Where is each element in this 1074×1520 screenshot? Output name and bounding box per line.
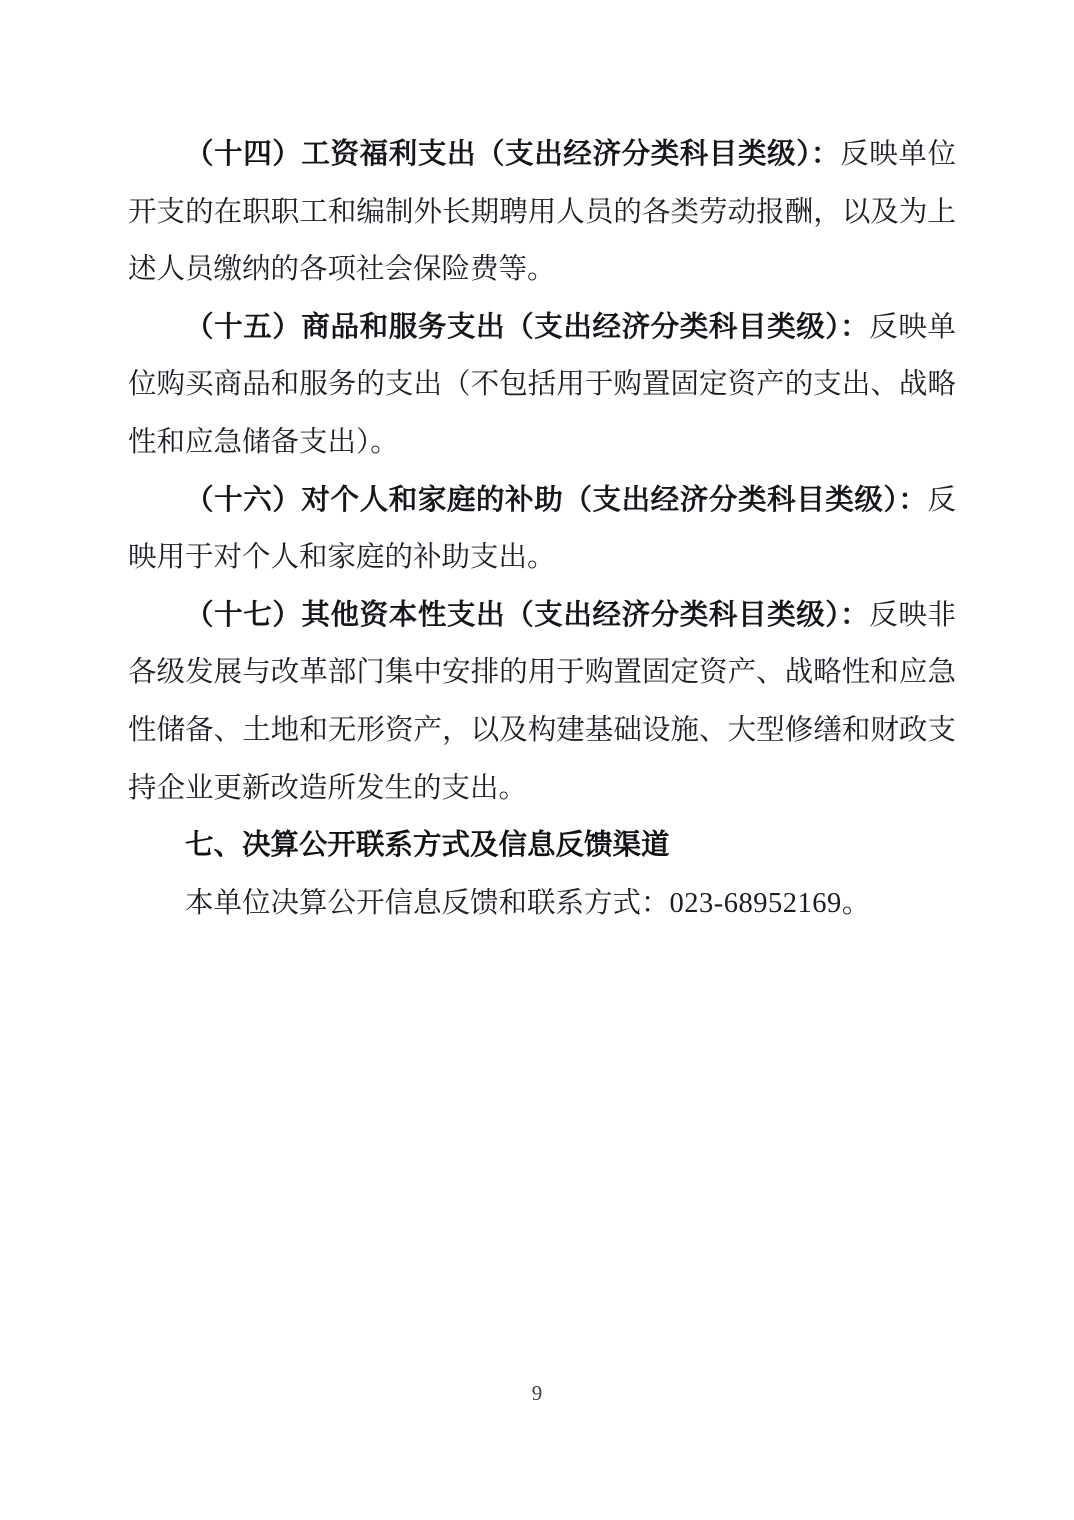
document-page: （十四）工资福利支出（支出经济分类科目类级）：反映单位开支的在职职工和编制外长期…: [0, 0, 1074, 1520]
paragraph-17-lead: （十七）其他资本性支出（支出经济分类科目类级）：: [185, 600, 869, 631]
contact-phone-number: 023-68952169: [670, 888, 842, 919]
section-heading: 七、决算公开联系方式及信息反馈渠道: [128, 817, 956, 875]
document-body: （十四）工资福利支出（支出经济分类科目类级）：反映单位开支的在职职工和编制外长期…: [128, 126, 956, 932]
contact-line: 本单位决算公开信息反馈和联系方式：023-68952169。: [128, 875, 956, 933]
paragraph-14-lead: （十四）工资福利支出（支出经济分类科目类级）：: [185, 139, 840, 170]
paragraph-16-lead: （十六）对个人和家庭的补助（支出经济分类科目类级）：: [185, 485, 927, 516]
paragraph-17: （十七）其他资本性支出（支出经济分类科目类级）：反映非各级发展与改革部门集中安排…: [128, 587, 956, 817]
paragraph-15-lead: （十五）商品和服务支出（支出经济分类科目类级）：: [185, 312, 869, 343]
paragraph-15: （十五）商品和服务支出（支出经济分类科目类级）：反映单位购买商品和服务的支出（不…: [128, 299, 956, 472]
paragraph-16: （十六）对个人和家庭的补助（支出经济分类科目类级）：反映用于对个人和家庭的补助支…: [128, 472, 956, 587]
page-number: 9: [0, 1378, 1074, 1408]
contact-line-suffix: 。: [842, 888, 871, 919]
paragraph-14: （十四）工资福利支出（支出经济分类科目类级）：反映单位开支的在职职工和编制外长期…: [128, 126, 956, 299]
contact-line-prefix: 本单位决算公开信息反馈和联系方式：: [185, 888, 670, 919]
